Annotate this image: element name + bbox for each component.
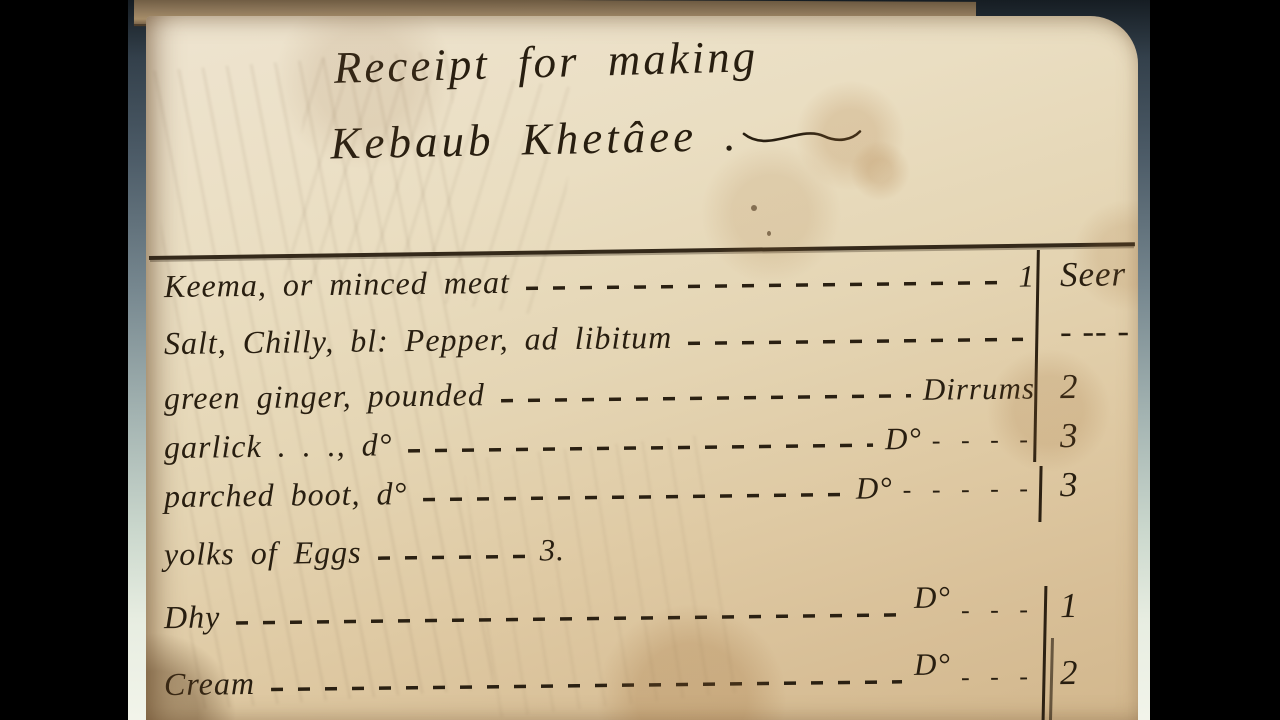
leader-dots: [526, 270, 1007, 298]
pillarbox-left: [0, 0, 128, 720]
manuscript-photo: Receipt for making Kebaub Khetâee . Keem…: [128, 0, 1150, 720]
leader-dots: [688, 327, 1023, 353]
trail-dots: - - -: [961, 661, 1035, 692]
manuscript-paper: Receipt for making Kebaub Khetâee . Keem…: [146, 16, 1138, 720]
unit-text: D°: [856, 470, 893, 506]
unit-text: D°: [914, 579, 951, 615]
ingredient-name: Salt, Chilly, bl: Pepper, ad libitum: [164, 318, 673, 361]
recipe-row-main: yolks of Eggs 3.: [164, 525, 1035, 573]
ingredient-name: Cream: [164, 664, 255, 702]
screenshot-stage: Receipt for making Kebaub Khetâee . Keem…: [0, 0, 1280, 720]
leader-dots: [271, 669, 903, 699]
ingredients-table: Keema, or minced meat 1 Seer Salt, Chill…: [146, 258, 1138, 720]
leader-dots: [378, 544, 528, 568]
leader-dots: [408, 432, 873, 460]
trail-dots: - - - -: [932, 424, 1035, 455]
ink-speck: [767, 231, 771, 236]
recipe-row: Cream D° - - - 2: [146, 636, 1138, 720]
recipe-title-line2: Kebaub Khetâee .: [276, 105, 917, 170]
recipe-row-main: Keema, or minced meat 1: [164, 257, 1035, 305]
unit-text: 3.: [539, 532, 565, 568]
ingredient-name: yolks of Eggs: [164, 533, 362, 572]
recipe-row-main: Cream D° - - -: [164, 655, 1035, 703]
quantity-value: - -- -: [1035, 311, 1138, 352]
trail-dots: - - -: [961, 594, 1035, 625]
unit-text: D°: [914, 646, 951, 682]
recipe-row-main: garlick . . ., d° D° - - - -: [164, 418, 1035, 466]
leader-dots: [501, 383, 911, 410]
ingredient-name: garlick . . ., d°: [164, 426, 393, 466]
ingredient-name: Keema, or minced meat: [164, 263, 510, 304]
recipe-row-main: Salt, Chilly, bl: Pepper, ad libitum: [164, 314, 1035, 362]
quantity-value: 2: [1035, 652, 1138, 693]
recipe-row: yolks of Eggs 3.: [146, 510, 1138, 586]
quantity-value: 1: [1035, 585, 1138, 626]
recipe-title-line1: Receipt for making: [205, 27, 886, 98]
ingredient-name: Dhy: [164, 598, 221, 636]
unit-text: D°: [885, 420, 922, 456]
recipe-row-main: parched boot, d° D° - - - - -: [164, 467, 1035, 515]
recipe-row-main: green ginger, pounded Dirrums: [164, 369, 1035, 417]
recipe-row-main: Dhy D° - - -: [164, 588, 1035, 636]
trail-dots: - - - - -: [902, 473, 1035, 505]
quantity-value: [1035, 542, 1138, 543]
ingredient-name: green ginger, pounded: [164, 376, 485, 417]
leader-dots: [423, 482, 844, 509]
quantity-value: 3: [1035, 415, 1138, 456]
pillarbox-right: [1150, 0, 1280, 720]
quantity-value: 3: [1035, 464, 1138, 505]
title-flourish: [741, 123, 862, 154]
ingredient-name: parched boot, d°: [164, 475, 408, 515]
leader-dots: [236, 602, 902, 632]
quantity-value: 2: [1035, 366, 1138, 407]
quantity-value: Seer: [1035, 254, 1138, 295]
recipe-title-line2-text: Kebaub Khetâee .: [330, 110, 740, 169]
ink-speck: [751, 205, 757, 211]
unit-text: Dirrums: [923, 370, 1036, 407]
row-filler: [565, 554, 1035, 560]
unit-text: 1: [1018, 258, 1035, 294]
